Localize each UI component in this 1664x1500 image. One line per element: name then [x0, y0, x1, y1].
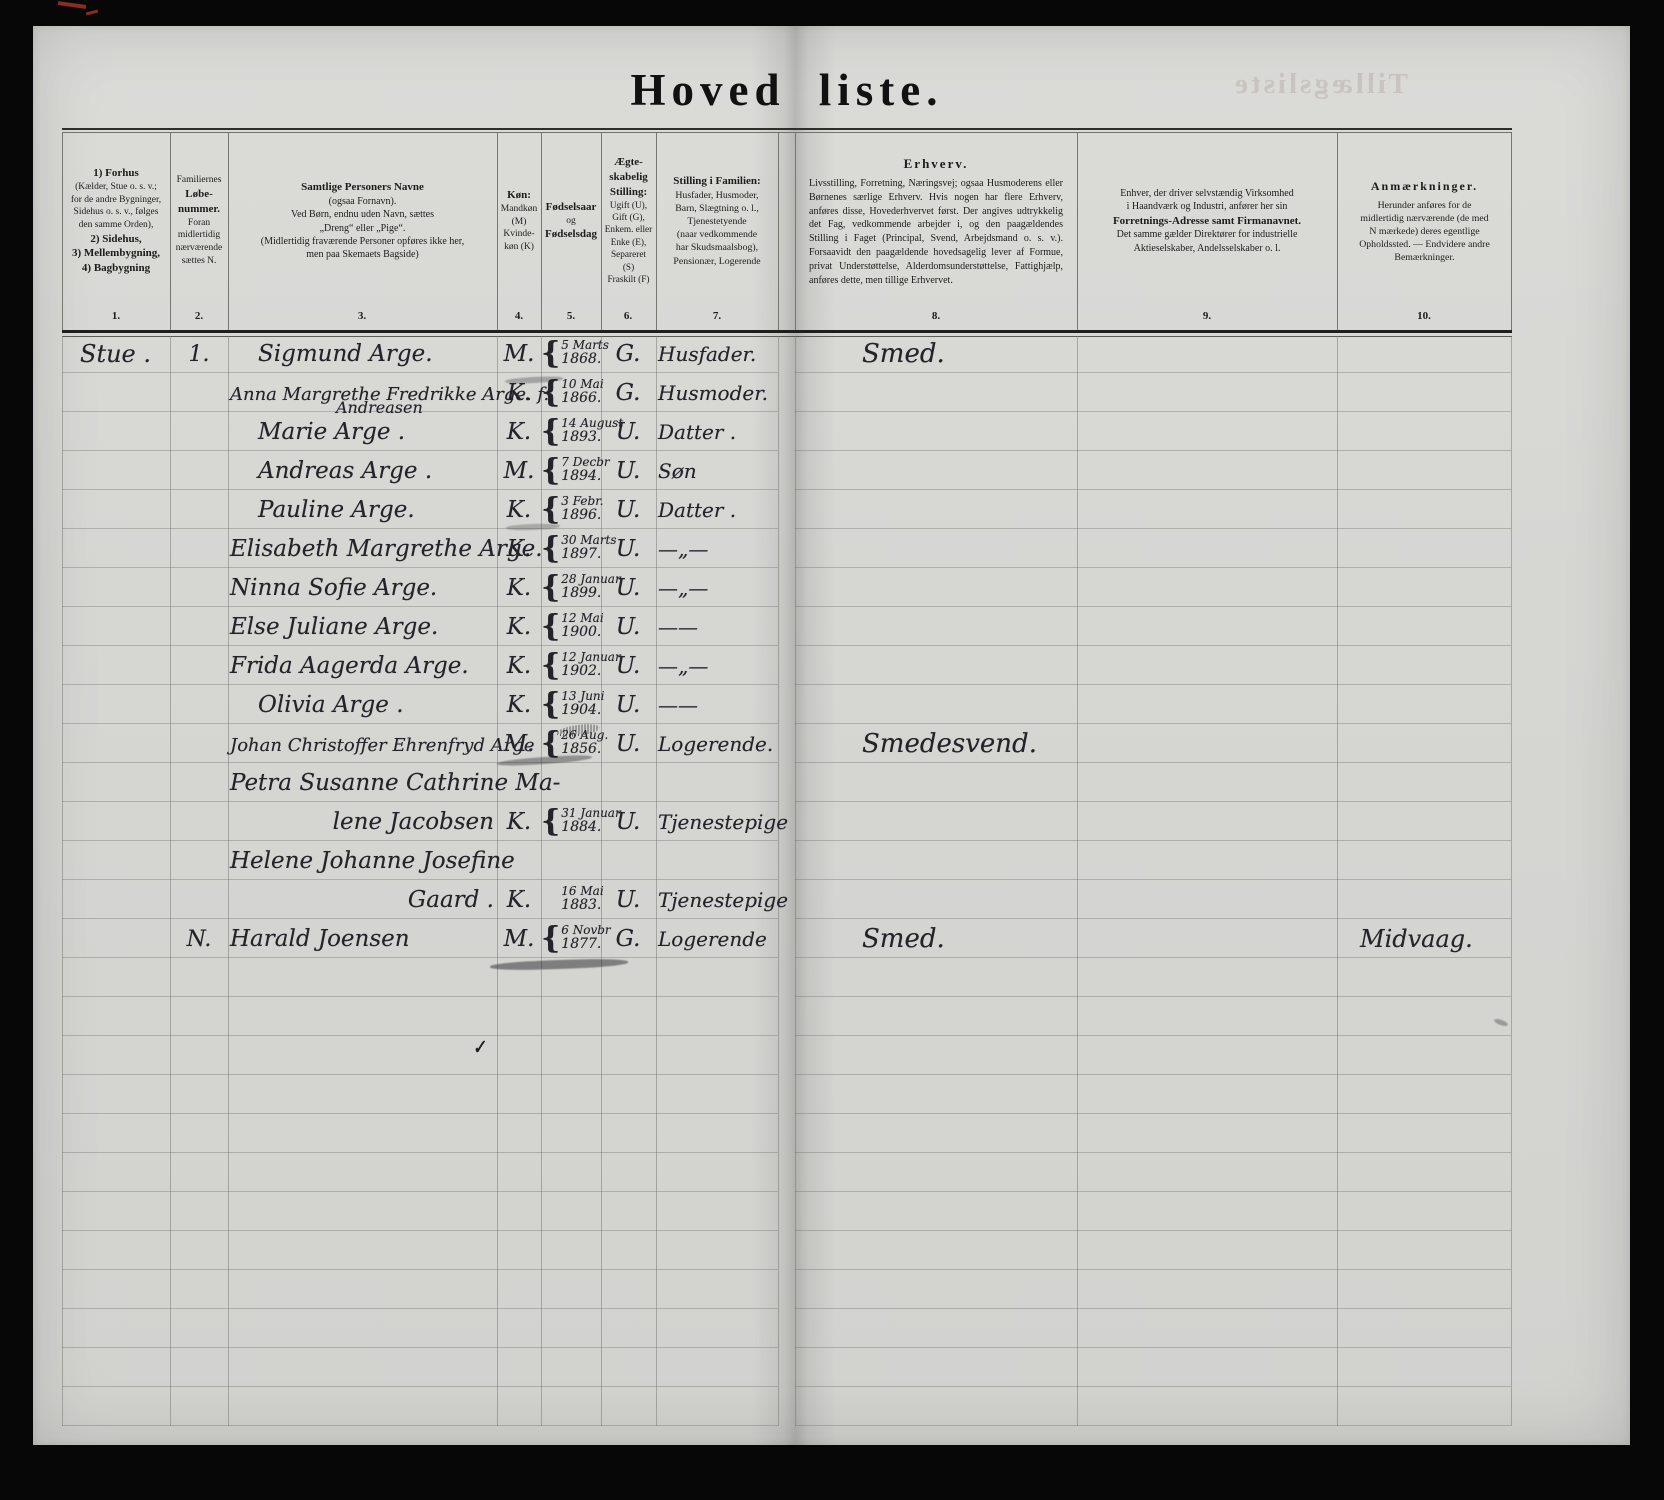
table-row: N. Harald Joensen M. {6 Novbr1877. G. Lo…	[0, 919, 1664, 958]
cell-birth-year: 1883.	[561, 898, 603, 913]
brace-glyph: {	[541, 417, 560, 447]
cell-birthdate: {28 Januar1899.	[541, 568, 601, 607]
cell-sex: M.	[498, 334, 540, 375]
cell-family-position: Husfader.	[658, 334, 778, 375]
cell-marital-status: G.	[602, 373, 654, 414]
cell-family-position: —„—	[658, 568, 778, 609]
cell-name: lene Jacobsen	[230, 802, 494, 843]
cell-building: Stue .	[80, 334, 151, 375]
cell-family-position: Logerende	[658, 919, 778, 960]
cell-sex: K.	[498, 685, 540, 726]
brace-glyph: {	[541, 612, 560, 642]
cell-birthdate: {12 Januar1902.	[541, 646, 601, 685]
cell-marital-status: U.	[602, 451, 654, 492]
cell-birthdate: {	[541, 841, 601, 880]
cell-sex: K.	[498, 802, 540, 843]
cell-birthdate: {14 August1893.	[541, 412, 601, 451]
cell-name: Helene Johanne Josefine	[230, 841, 494, 882]
table-row: Johan Christoffer Ehrenfryd Arge M. {26 …	[0, 724, 1664, 763]
column-number: 5.	[567, 310, 575, 322]
cell-marital-status: G.	[602, 334, 654, 375]
cell-name: Gaard .	[230, 880, 494, 921]
column-number: 2.	[195, 310, 203, 322]
column-number: 9.	[1203, 310, 1211, 322]
cell-family-position: —„—	[658, 529, 778, 570]
cell-remark: Midvaag.	[1360, 919, 1530, 960]
cell-marital-status: U.	[602, 412, 654, 453]
table-row: Stue . 1. Sigmund Arge. M. {5 Marts1868.…	[0, 334, 1664, 373]
cell-family-position: Tjenestepige	[658, 880, 778, 921]
cell-birth-year: 1904.	[561, 703, 604, 718]
cell-name: Olivia Arge .	[230, 685, 522, 726]
table-row: Andreas Arge . M. {7 Decbr1894. U. Søn	[0, 451, 1664, 490]
cell-family-position: Datter .	[658, 412, 778, 453]
cell-marital-status: G.	[602, 919, 654, 960]
cell-family-position: Husmoder.	[658, 373, 778, 414]
cell-occupation: Smed.	[862, 919, 1122, 960]
table-row: Petra Susanne Cathrine Ma- {	[0, 763, 1664, 802]
table-row: Else Juliane Arge. K. {12 Mai1900. U. ——	[0, 607, 1664, 646]
cell-birthdate: {7 Decbr1894.	[541, 451, 601, 490]
cell-occupation: Smedesvend.	[862, 724, 1122, 765]
table-row: Elisabeth Margrethe Arge. K. {30 Marts18…	[0, 529, 1664, 568]
table-row: lene Jacobsen K. {31 Januar1884. U. Tjen…	[0, 802, 1664, 841]
column-header-sex: Køn:Mandkøn(M)Kvinde-køn (K)	[497, 133, 541, 309]
remarks-header-text: Herunder anføres for demidlertidig nærvæ…	[1359, 199, 1490, 265]
cell-name: Andreas Arge .	[230, 451, 522, 492]
cell-family-position: Datter .	[658, 490, 778, 531]
occupation-header-title: Erhverv.	[904, 155, 969, 172]
brace-glyph: {	[541, 534, 560, 564]
table-row: Marie Arge . K. {14 August1893. U. Datte…	[0, 412, 1664, 451]
column-number: 10.	[1417, 310, 1431, 322]
cell-sex: M.	[498, 919, 540, 960]
column-header-occupation: Erhverv. Livsstilling, Forretning, Nærin…	[797, 133, 1075, 309]
cell-name: Sigmund Arge.	[230, 334, 522, 375]
cell-family-position: ——	[658, 685, 778, 726]
cell-birth-year: 1896.	[561, 508, 603, 523]
cell-name: Pauline Arge.	[230, 490, 522, 531]
cell-name: Petra Susanne Cathrine Ma-	[230, 763, 494, 804]
column-number: 1.	[112, 310, 120, 322]
cell-family-position: —„—	[658, 646, 778, 687]
cell-sex: K.	[498, 568, 540, 609]
column-number: 7.	[713, 310, 721, 322]
cell-birthdate: {13 Juni1904.	[541, 685, 601, 724]
column-header-names: Samtlige Personers Navne(ogsaa Fornavn).…	[230, 133, 495, 309]
cell-birthdate: {30 Marts1897.	[541, 529, 601, 568]
cell-marital-status: U.	[602, 802, 654, 843]
cell-birth-year: 1866.	[561, 391, 603, 406]
remarks-header-title: Anmærkninger.	[1371, 178, 1478, 194]
cell-sex: M.	[498, 451, 540, 492]
cell-birthdate: {31 Januar1884.	[541, 802, 601, 841]
column-header-family-number: FamiliernesLøbe-nummer.Foranmidlertidign…	[172, 133, 226, 309]
cell-name: Else Juliane Arge.	[230, 607, 494, 648]
cell-birthdate: {6 Novbr1877.	[541, 919, 601, 958]
cell-marital-status: U.	[602, 880, 654, 921]
brace-glyph: {	[541, 456, 560, 486]
brace-glyph: {	[541, 807, 560, 837]
cell-sex: K.	[498, 529, 540, 570]
cell-marital-status: U.	[602, 646, 654, 687]
column-header-remarks: Anmærkninger. Herunder anføres for demid…	[1339, 133, 1510, 309]
cell-marital-status: U.	[602, 568, 654, 609]
cell-family-position: Tjenestepige	[658, 802, 778, 843]
cell-sex: K.	[498, 880, 540, 921]
table-row: Gaard . K. {16 Mai1883. U. Tjenestepige	[0, 880, 1664, 919]
cell-sex: K.	[498, 646, 540, 687]
cell-marital-status: U.	[602, 724, 654, 765]
cell-family-number: 1.	[172, 334, 226, 375]
column-header-family-position: Stilling i Familien:Husfader, Husmoder,B…	[658, 133, 776, 309]
cell-name: Ninna Sofie Arge.	[230, 568, 494, 609]
table-row: Helene Johanne Josefine {	[0, 841, 1664, 880]
cell-sex: K.	[498, 607, 540, 648]
cell-sex: K.	[498, 412, 540, 453]
cell-marital-status: U.	[602, 607, 654, 648]
red-archive-mark	[86, 10, 98, 16]
cell-birthdate: {5 Marts1868.	[541, 334, 601, 373]
cell-birthdate: {	[541, 763, 601, 802]
cell-name: Johan Christoffer Ehrenfryd Arge	[230, 724, 494, 768]
cell-family-position: Søn	[658, 451, 778, 492]
cell-marital-status: U.	[602, 529, 654, 570]
column-header-building: 1) Forhus(Kælder, Stue o. s. v.;for de a…	[64, 133, 168, 309]
cell-name: Harald Joensen	[230, 919, 494, 960]
table-row: Pauline Arge. K. {3 Febr.1896. U. Datter…	[0, 490, 1664, 529]
brace-glyph: {	[541, 924, 560, 954]
brace-glyph: {	[541, 690, 560, 720]
column-header-birthdate: FødselsaarogFødselsdag	[541, 133, 601, 309]
brace-glyph: {	[541, 495, 560, 525]
brace-glyph: {	[541, 339, 560, 369]
cell-occupation: Smed.	[862, 334, 1122, 375]
cell-name: Marie Arge .	[230, 412, 522, 453]
cell-family-position: Logerende.	[658, 724, 778, 765]
table-row: Frida Aagerda Arge. K. {12 Januar1902. U…	[0, 646, 1664, 685]
column-header-marital-status: Ægte-skabeligStilling:Ugift (U),Gift (G)…	[601, 133, 656, 309]
red-archive-mark	[58, 1, 86, 9]
brace-glyph: {	[541, 651, 560, 681]
column-header-business-address: Enhver, der driver selvstændig Virksomhe…	[1079, 133, 1335, 309]
cell-name: Frida Aagerda Arge.	[230, 646, 494, 687]
cell-family-number: N.	[172, 919, 226, 960]
cell-birth-year: 1900.	[561, 625, 603, 640]
column-number: 3.	[358, 310, 366, 322]
table-row: Olivia Arge . K. {13 Juni1904. U. ——	[0, 685, 1664, 724]
brace-glyph: {	[541, 573, 560, 603]
cell-birthdate: {12 Mai1900.	[541, 607, 601, 646]
cell-marital-status: U.	[602, 490, 654, 531]
cell-marital-status: U.	[602, 685, 654, 726]
column-number: 4.	[515, 310, 523, 322]
occupation-header-text: Livsstilling, Forretning, Næringsvej; og…	[797, 177, 1075, 287]
cell-name: Elisabeth Margrethe Arge.	[230, 529, 494, 570]
column-number: 8.	[932, 310, 940, 322]
cell-family-position: ——	[658, 607, 778, 648]
table-row: Anna Margrethe Fredrikke Arge. f. Andrea…	[0, 373, 1664, 412]
cell-birthdate: {16 Mai1883.	[541, 880, 601, 919]
column-number: 6.	[624, 310, 632, 322]
page-title: Hoved liste.	[62, 68, 1512, 113]
table-row: Ninna Sofie Arge. K. {28 Januar1899. U. …	[0, 568, 1664, 607]
